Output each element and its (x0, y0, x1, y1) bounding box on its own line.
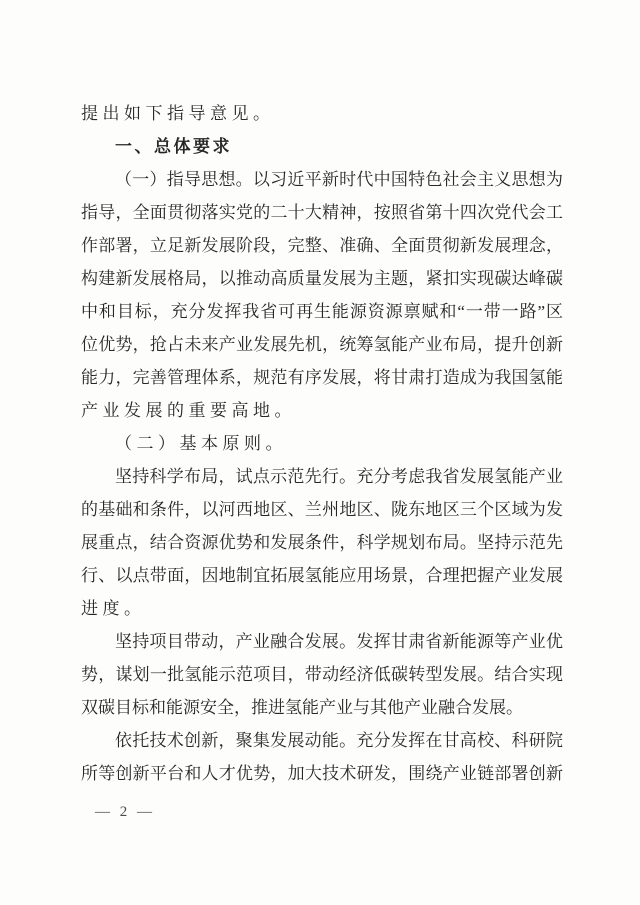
subsection-heading: （二）基本原则。 (81, 427, 563, 460)
doc-line-continuation: 提出如下指导意见。 (81, 97, 563, 130)
doc-line: 行、以点带面，因地制宜拓展氢能应用场景，合理把握产业发展 (81, 559, 563, 592)
doc-line: 所等创新平台和人才优势，加大技术研发，围绕产业链部署创新 (81, 757, 563, 790)
document-page: 提出如下指导意见。 一、总体要求 （一）指导思想。以习近平新时代中国特色社会主义… (0, 0, 640, 905)
doc-line: 的基础和条件，以河西地区、兰州地区、陇东地区三个区域为发 (81, 493, 563, 526)
doc-line: 坚持科学布局，试点示范先行。充分考虑我省发展氢能产业 (81, 460, 563, 493)
doc-line: 作部署，立足新发展阶段，完整、准确、全面贯彻新发展理念， (81, 229, 563, 262)
doc-line: 依托技术创新，聚集发展动能。充分发挥在甘高校、科研院 (81, 724, 563, 757)
doc-line: 指导，全面贯彻落实党的二十大精神，按照省第十四次党代会工 (81, 196, 563, 229)
doc-line: 产业发展的重要高地。 (81, 394, 563, 427)
section-heading: 一、总体要求 (81, 130, 563, 163)
page-number: — 2 — (95, 804, 155, 821)
doc-line: 位优势，抢占未来产业发展先机，统筹氢能产业布局，提升创新 (81, 328, 563, 361)
doc-line: 双碳目标和能源安全，推进氢能产业与其他产业融合发展。 (81, 691, 563, 724)
doc-line: 中和目标，充分发挥我省可再生能源资源禀赋和“一带一路”区 (81, 295, 563, 328)
doc-line: 构建新发展格局，以推动高质量发展为主题，紧扣实现碳达峰碳 (81, 262, 563, 295)
doc-line: 进度。 (81, 592, 563, 625)
doc-line: 势，谋划一批氢能示范项目，带动经济低碳转型发展。结合实现 (81, 658, 563, 691)
doc-line: 展重点，结合资源优势和发展条件，科学规划布局。坚持示范先 (81, 526, 563, 559)
doc-line: （一）指导思想。以习近平新时代中国特色社会主义思想为 (81, 163, 563, 196)
doc-line: 能力，完善管理体系，规范有序发展，将甘肃打造成为我国氢能 (81, 361, 563, 394)
doc-line: 坚持项目带动，产业融合发展。发挥甘肃省新能源等产业优 (81, 625, 563, 658)
document-body-text: 提出如下指导意见。 一、总体要求 （一）指导思想。以习近平新时代中国特色社会主义… (81, 97, 563, 790)
